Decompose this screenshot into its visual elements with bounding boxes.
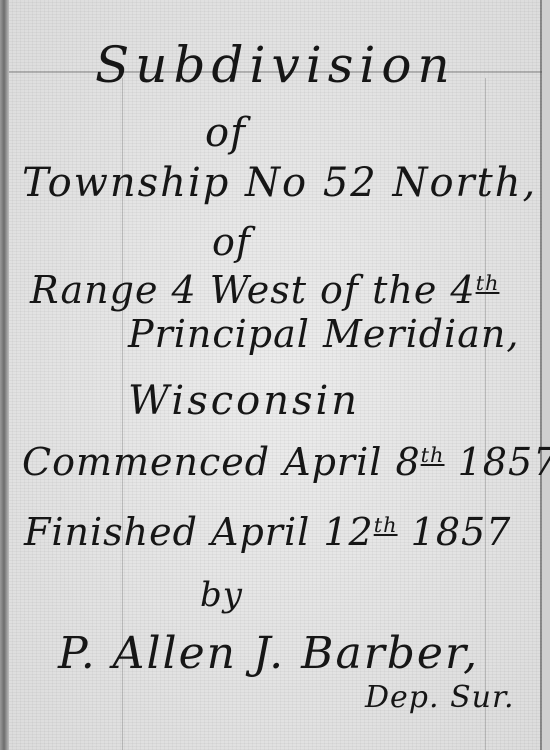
surveyor-title: Dep. Sur. xyxy=(365,680,515,715)
commenced-year: 1857. xyxy=(458,440,550,484)
binding-edge xyxy=(0,0,9,750)
commenced-date-line: Commenced April 8th 1857. xyxy=(22,440,550,484)
connector-of-2: of xyxy=(212,220,251,264)
meridian-line: Principal Meridian, xyxy=(128,312,519,356)
township-line: Township No 52 North, xyxy=(22,160,537,206)
range-line: Range 4 West of the 4th xyxy=(30,268,499,312)
state-line: Wisconsin xyxy=(128,378,360,424)
finished-text: Finished April 12 xyxy=(24,510,374,554)
document-heading: Subdivision xyxy=(95,36,456,94)
finished-ordinal-suffix: th xyxy=(374,513,398,537)
by-connector: by xyxy=(200,575,243,615)
range-text: Range 4 West of the 4 xyxy=(30,268,476,312)
finished-date-line: Finished April 12th 1857 xyxy=(24,510,511,554)
surveyor-signature: P. Allen J. Barber, xyxy=(58,628,479,679)
connector-of-1: of xyxy=(205,110,246,156)
finished-year: 1857 xyxy=(411,510,512,554)
scanned-document-page: Subdivision of Township No 52 North, of … xyxy=(0,0,550,750)
commenced-text: Commenced April 8 xyxy=(22,440,421,484)
range-ordinal-suffix: th xyxy=(476,271,500,295)
right-page-margin xyxy=(542,0,550,750)
commenced-ordinal-suffix: th xyxy=(421,443,445,467)
